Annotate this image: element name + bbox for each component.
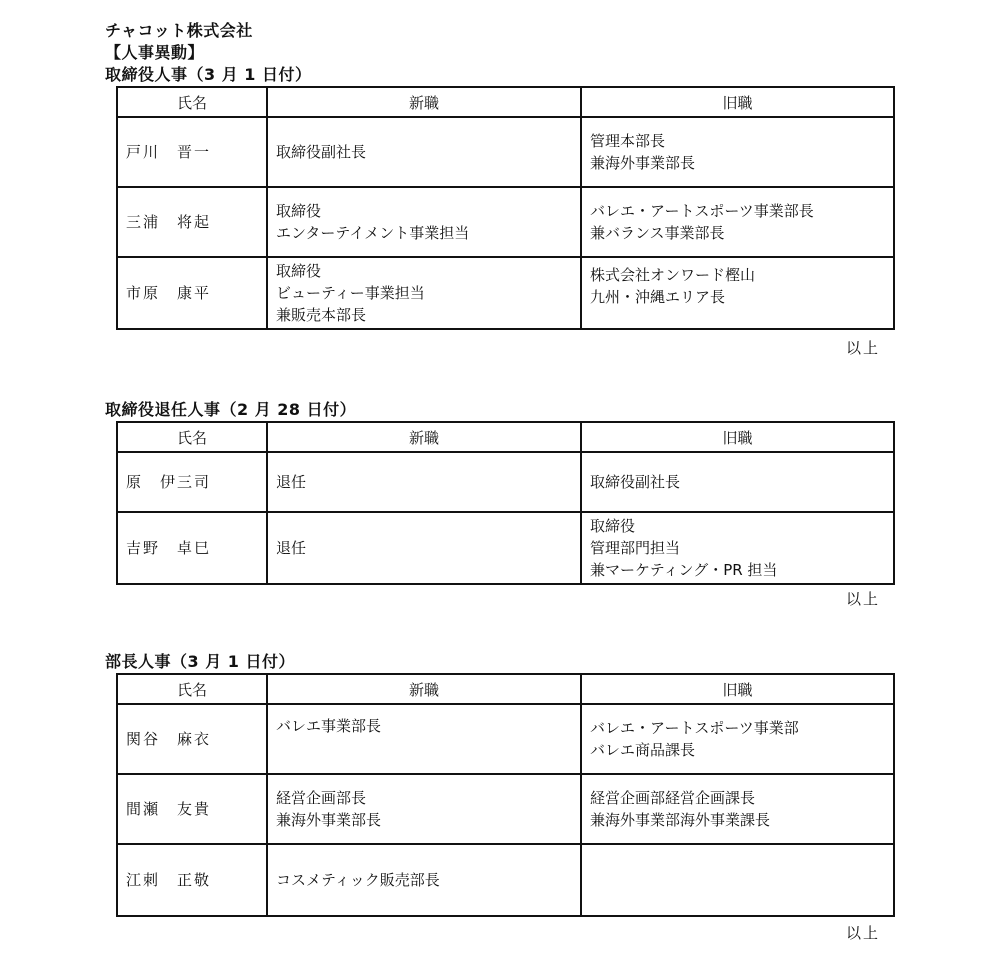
director-retirements-table: 氏名 新職 旧職 原 伊三司 退任 取締役副社長 吉野 卓巳 退任 取締役 管理… (116, 421, 895, 585)
new-position: 取締役副社長 (267, 117, 581, 187)
column-header-old-position: 旧職 (581, 87, 894, 117)
column-header-new-position: 新職 (267, 87, 581, 117)
column-header-old-position: 旧職 (581, 422, 894, 452)
new-position-line: 兼海外事業部長 (276, 809, 572, 831)
new-position: コスメティック販売部長 (267, 844, 581, 916)
old-position-line: 経営企画部経営企画課長 (590, 787, 885, 809)
section-heading-department-head-appointments: 部長人事（3 月 1 日付） (105, 652, 295, 672)
end-mark: 以上 (846, 924, 880, 942)
section-heading-director-retirements: 取締役退任人事（2 月 28 日付） (105, 400, 356, 420)
person-name: 三浦 将起 (117, 187, 267, 257)
table-header-row: 氏名 新職 旧職 (117, 87, 894, 117)
new-position: 取締役 エンターテイメント事業担当 (267, 187, 581, 257)
new-position-line: エンターテイメント事業担当 (276, 222, 572, 244)
table-row: 関谷 麻衣 バレエ事業部長 バレエ・アートスポーツ事業部 バレエ商品課長 (117, 704, 894, 774)
old-position: バレエ・アートスポーツ事業部 バレエ商品課長 (581, 704, 894, 774)
column-header-name: 氏名 (117, 87, 267, 117)
old-position-line: バレエ・アートスポーツ事業部 (590, 717, 885, 739)
company-name: チャコット株式会社 (105, 21, 253, 41)
old-position-line: 管理部門担当 (590, 537, 885, 559)
old-position: 管理本部長 兼海外事業部長 (581, 117, 894, 187)
old-position-line: 取締役 (590, 515, 885, 537)
new-position: バレエ事業部長 (267, 704, 581, 774)
new-position-line: 取締役 (276, 260, 572, 282)
new-position-line: バレエ事業部長 (276, 715, 572, 737)
old-position: 取締役 管理部門担当 兼マーケティング・PR 担当 (581, 512, 894, 584)
new-position-line: 退任 (276, 471, 572, 493)
new-position: 経営企画部長 兼海外事業部長 (267, 774, 581, 844)
director-appointments-table: 氏名 新職 旧職 戸川 晋一 取締役副社長 管理本部長 兼海外事業部長 三浦 将… (116, 86, 895, 330)
old-position: 取締役副社長 (581, 452, 894, 512)
column-header-name: 氏名 (117, 674, 267, 704)
end-mark: 以上 (846, 339, 880, 357)
person-name: 戸川 晋一 (117, 117, 267, 187)
table-row: 三浦 将起 取締役 エンターテイメント事業担当 バレエ・アートスポーツ事業部長 … (117, 187, 894, 257)
old-position-line: 兼マーケティング・PR 担当 (590, 559, 885, 581)
new-position-line: 取締役副社長 (276, 141, 572, 163)
old-position: 株式会社オンワード樫山 九州・沖縄エリア長 (581, 257, 894, 329)
old-position-empty (581, 844, 894, 916)
table-row: 戸川 晋一 取締役副社長 管理本部長 兼海外事業部長 (117, 117, 894, 187)
old-position-line: バレエ商品課長 (590, 739, 885, 761)
document-title: 【人事異動】 (105, 43, 204, 63)
column-header-new-position: 新職 (267, 422, 581, 452)
new-position-line: 取締役 (276, 200, 572, 222)
person-name: 市原 康平 (117, 257, 267, 329)
table-header-row: 氏名 新職 旧職 (117, 674, 894, 704)
person-name: 吉野 卓巳 (117, 512, 267, 584)
old-position: 経営企画部経営企画課長 兼海外事業部海外事業課長 (581, 774, 894, 844)
table-row: 間瀬 友貴 経営企画部長 兼海外事業部長 経営企画部経営企画課長 兼海外事業部海… (117, 774, 894, 844)
old-position-line: 管理本部長 (590, 130, 885, 152)
person-name: 関谷 麻衣 (117, 704, 267, 774)
department-head-appointments-table: 氏名 新職 旧職 関谷 麻衣 バレエ事業部長 バレエ・アートスポーツ事業部 バレ… (116, 673, 895, 917)
old-position-line: 九州・沖縄エリア長 (590, 286, 885, 308)
new-position: 退任 (267, 512, 581, 584)
old-position-line: 兼バランス事業部長 (590, 222, 885, 244)
old-position-line: 兼海外事業部長 (590, 152, 885, 174)
new-position-line: コスメティック販売部長 (276, 869, 572, 891)
table-row: 原 伊三司 退任 取締役副社長 (117, 452, 894, 512)
column-header-name: 氏名 (117, 422, 267, 452)
person-name: 間瀬 友貴 (117, 774, 267, 844)
old-position-line: 取締役副社長 (590, 471, 885, 493)
old-position: バレエ・アートスポーツ事業部長 兼バランス事業部長 (581, 187, 894, 257)
section-heading-director-appointments: 取締役人事（3 月 1 日付） (105, 65, 311, 85)
person-name: 江刺 正敬 (117, 844, 267, 916)
end-mark: 以上 (846, 590, 880, 608)
new-position-line: 兼販売本部長 (276, 304, 572, 326)
table-row: 吉野 卓巳 退任 取締役 管理部門担当 兼マーケティング・PR 担当 (117, 512, 894, 584)
column-header-old-position: 旧職 (581, 674, 894, 704)
old-position-line: 兼海外事業部海外事業課長 (590, 809, 885, 831)
new-position-line: 経営企画部長 (276, 787, 572, 809)
table-header-row: 氏名 新職 旧職 (117, 422, 894, 452)
column-header-new-position: 新職 (267, 674, 581, 704)
person-name: 原 伊三司 (117, 452, 267, 512)
new-position-line: ビューティー事業担当 (276, 282, 572, 304)
new-position: 退任 (267, 452, 581, 512)
table-row: 江刺 正敬 コスメティック販売部長 (117, 844, 894, 916)
table-row: 市原 康平 取締役 ビューティー事業担当 兼販売本部長 株式会社オンワード樫山 … (117, 257, 894, 329)
new-position-line: 退任 (276, 537, 572, 559)
new-position: 取締役 ビューティー事業担当 兼販売本部長 (267, 257, 581, 329)
old-position-line: バレエ・アートスポーツ事業部長 (590, 200, 885, 222)
old-position-line: 株式会社オンワード樫山 (590, 264, 885, 286)
